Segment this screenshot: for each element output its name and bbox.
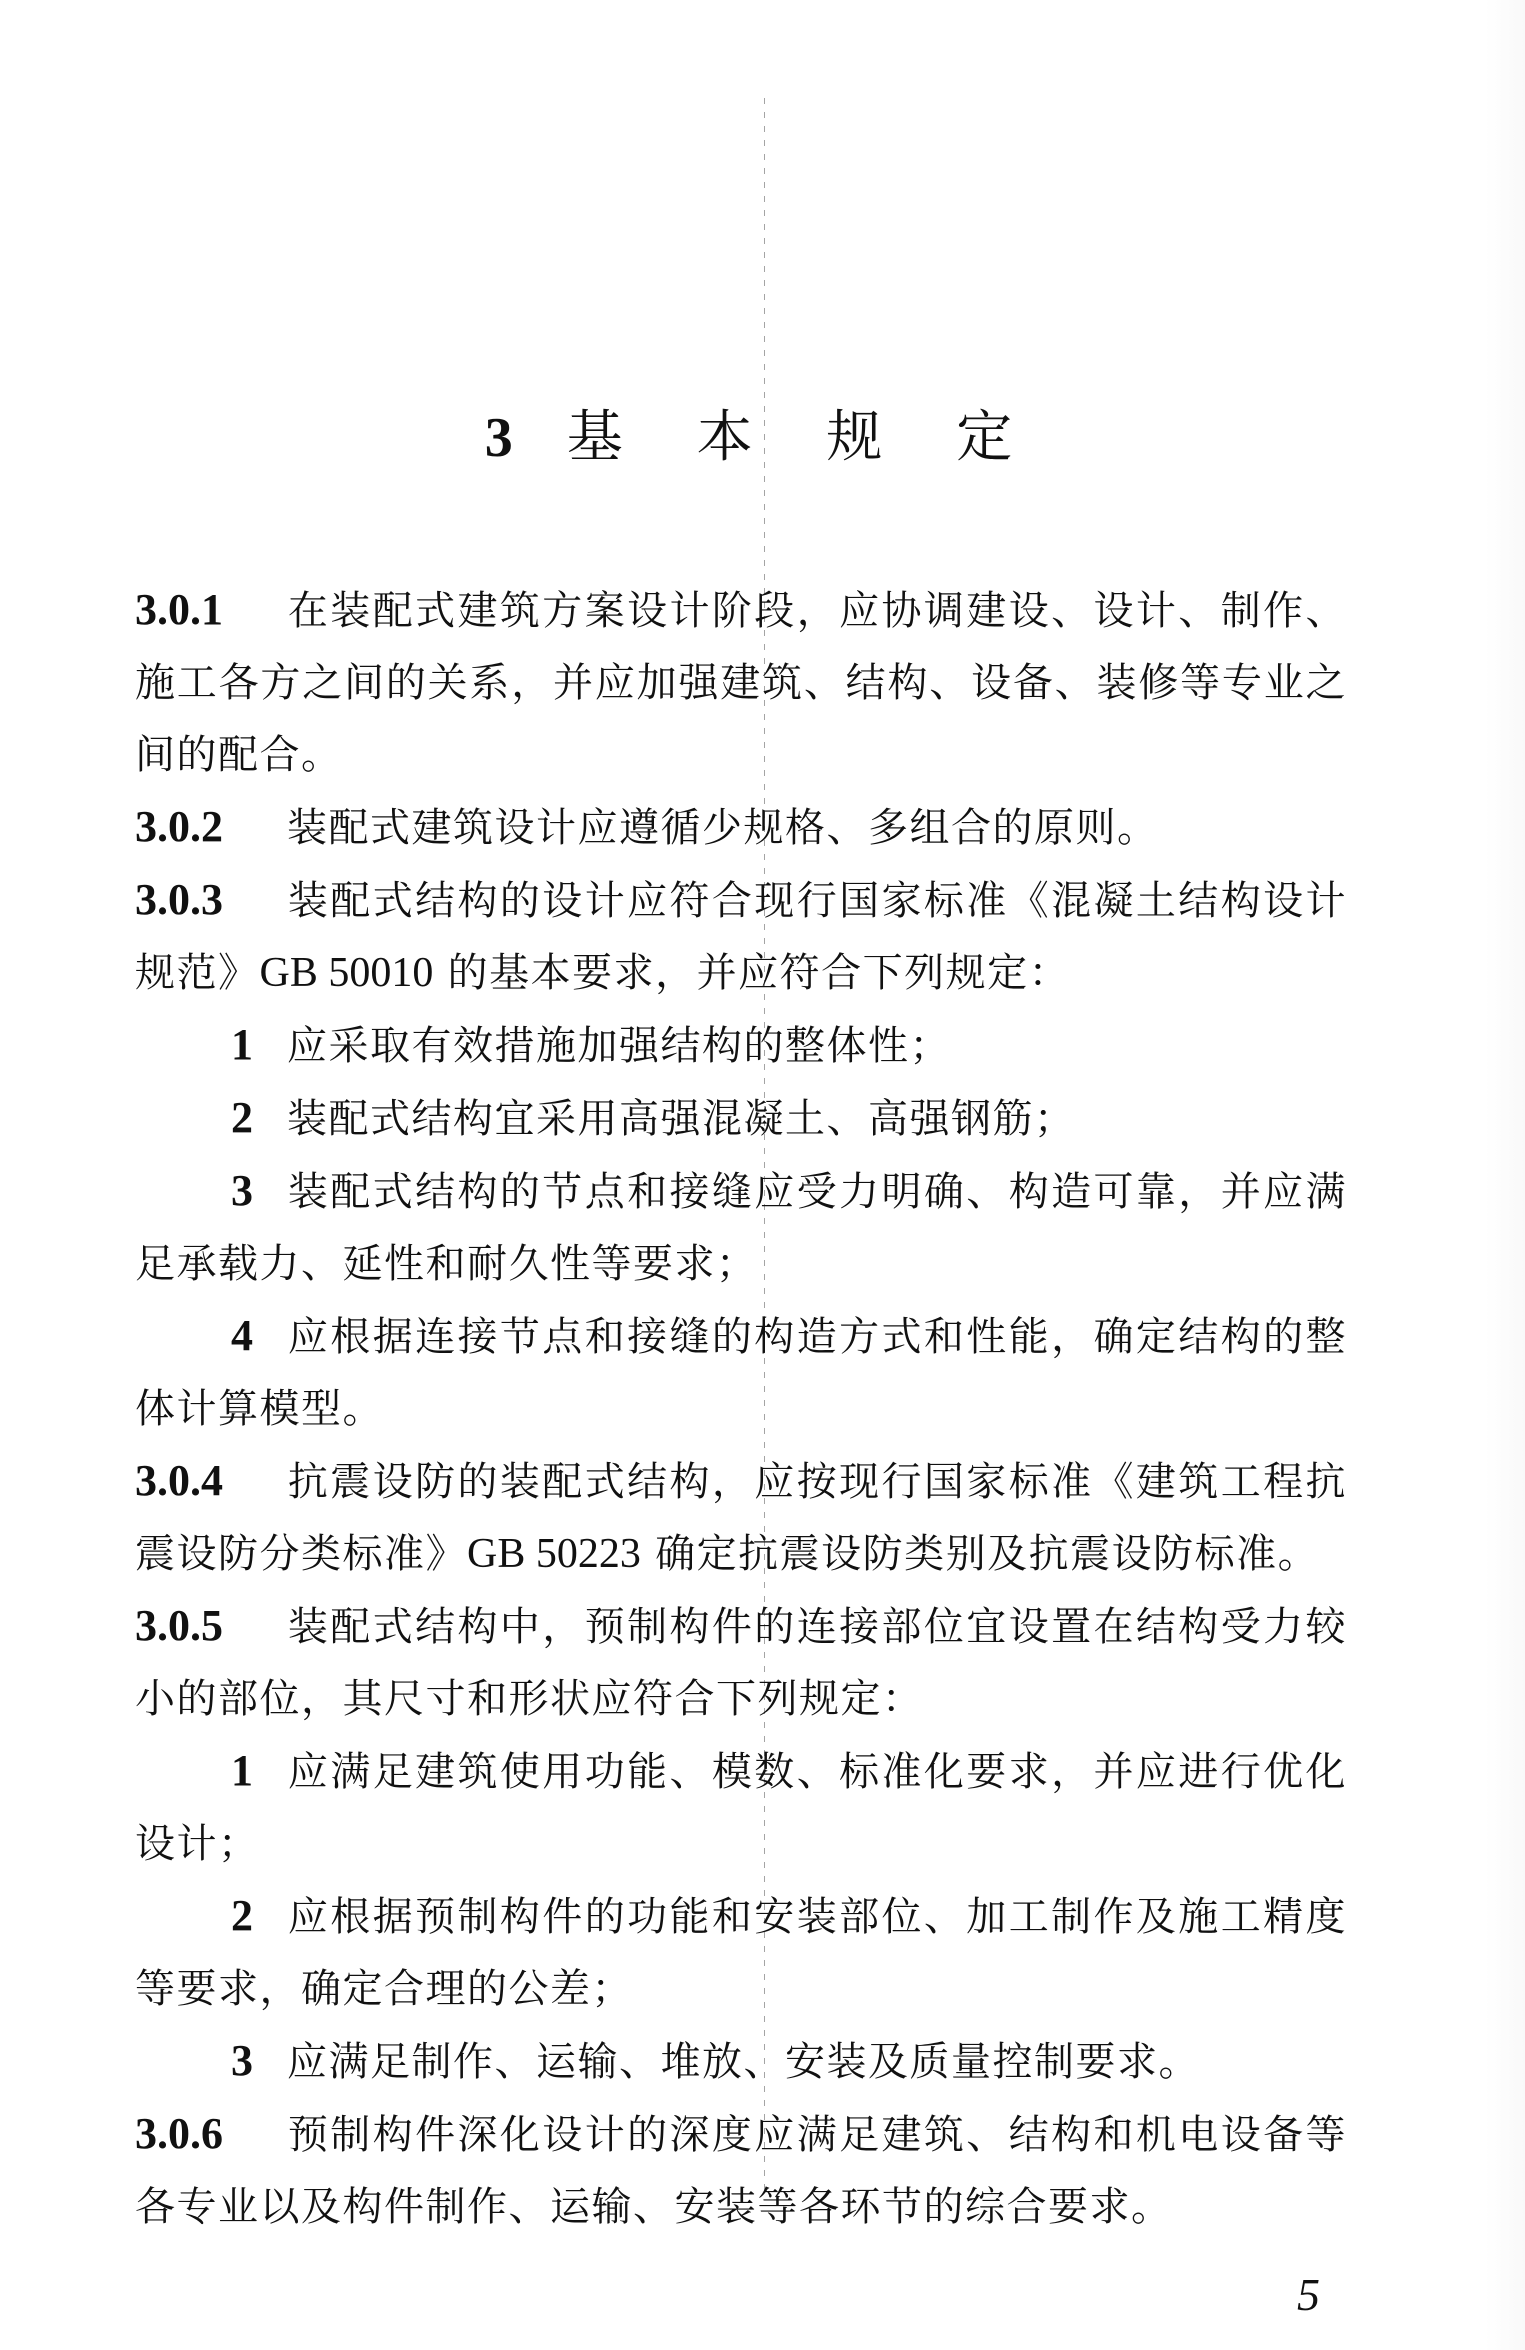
chapter-body: 3.0.1在装配式建筑方案设计阶段，应协调建设、设计、制作、施工各方之间的关系，…: [135, 574, 1347, 2243]
clause-3-0-5-item-2: 2应根据预制构件的功能和安装部位、加工制作及施工精度等要求，确定合理的公差；: [135, 1880, 1347, 2025]
standard-code: GB 50223: [467, 1531, 641, 1577]
clause-3-0-5-item-1: 1应满足建筑使用功能、模数、标准化要求，并应进行优化设计；: [135, 1735, 1347, 1880]
item-text: 应根据预制构件的功能和安装部位、加工制作及施工精度等要求，确定合理的公差；: [135, 1894, 1347, 2012]
standard-code: GB 50010: [260, 950, 434, 996]
clause-text: 装配式结构中，预制构件的连接部位宜设置在结构受力较小的部位，其尺寸和形状应符合下…: [135, 1604, 1347, 1722]
clause-3-0-3: 3.0.3装配式结构的设计应符合现行国家标准《混凝土结构设计规范》GB 5001…: [135, 864, 1347, 1009]
item-number: 1: [231, 1735, 287, 1807]
clause-number: 3.0.5: [135, 1590, 287, 1662]
clause-text: 装配式建筑设计应遵循少规格、多组合的原则。: [287, 805, 1159, 851]
clause-3-0-3-item-1: 1应采取有效措施加强结构的整体性；: [135, 1009, 1347, 1082]
clause-3-0-1: 3.0.1在装配式建筑方案设计阶段，应协调建设、设计、制作、施工各方之间的关系，…: [135, 574, 1347, 791]
item-number: 3: [231, 1155, 287, 1227]
item-text: 应满足建筑使用功能、模数、标准化要求，并应进行优化设计；: [135, 1749, 1347, 1867]
clause-3-0-3-item-3: 3装配式结构的节点和接缝应受力明确、构造可靠，并应满足承载力、延性和耐久性等要求…: [135, 1155, 1347, 1300]
clause-3-0-3-item-4: 4应根据连接节点和接缝的构造方式和性能，确定结构的整体计算模型。: [135, 1300, 1347, 1445]
clause-text-continued: 确定抗震设防类别及抗震设防标准。: [655, 1531, 1319, 1577]
clause-3-0-2: 3.0.2装配式建筑设计应遵循少规格、多组合的原则。: [135, 791, 1347, 864]
item-text: 应根据连接节点和接缝的构造方式和性能，确定结构的整体计算模型。: [135, 1314, 1347, 1432]
item-text: 应采取有效措施加强结构的整体性；: [287, 1023, 951, 1069]
item-text: 装配式结构的节点和接缝应受力明确、构造可靠，并应满足承载力、延性和耐久性等要求；: [135, 1169, 1347, 1287]
page-number: 5: [1297, 2268, 1320, 2321]
item-number: 3: [231, 2025, 287, 2097]
clause-number: 3.0.4: [135, 1445, 287, 1517]
item-number: 2: [231, 1880, 287, 1952]
chapter-title-text: 基 本 规 定: [567, 405, 1040, 470]
clause-number: 3.0.6: [135, 2098, 287, 2170]
clause-3-0-5-item-3: 3应满足制作、运输、堆放、安装及质量控制要求。: [135, 2025, 1347, 2098]
chapter-number: 3: [485, 407, 513, 469]
clause-text: 在装配式建筑方案设计阶段，应协调建设、设计、制作、施工各方之间的关系，并应加强建…: [135, 588, 1347, 778]
chapter-title: 3基 本 规 定: [0, 398, 1525, 478]
item-text: 应满足制作、运输、堆放、安装及质量控制要求。: [287, 2039, 1200, 2085]
item-number: 2: [231, 1082, 287, 1154]
item-number: 4: [231, 1300, 287, 1372]
clause-number: 3.0.3: [135, 864, 287, 936]
clause-number: 3.0.2: [135, 791, 287, 863]
clause-3-0-4: 3.0.4抗震设防的装配式结构，应按现行国家标准《建筑工程抗震设防分类标准》GB…: [135, 1445, 1347, 1590]
clause-3-0-5: 3.0.5装配式结构中，预制构件的连接部位宜设置在结构受力较小的部位，其尺寸和形…: [135, 1590, 1347, 1735]
item-text: 装配式结构宜采用高强混凝土、高强钢筋；: [287, 1096, 1076, 1142]
clause-text-continued: 的基本要求，并应符合下列规定：: [448, 950, 1071, 996]
clause-text: 预制构件深化设计的深度应满足建筑、结构和机电设备等各专业以及构件制作、运输、安装…: [135, 2112, 1347, 2230]
item-number: 1: [231, 1009, 287, 1081]
clause-3-0-3-item-2: 2装配式结构宜采用高强混凝土、高强钢筋；: [135, 1082, 1347, 1155]
page-edge-shade: [1485, 0, 1525, 2350]
clause-3-0-6: 3.0.6预制构件深化设计的深度应满足建筑、结构和机电设备等各专业以及构件制作、…: [135, 2098, 1347, 2243]
clause-number: 3.0.1: [135, 574, 287, 646]
